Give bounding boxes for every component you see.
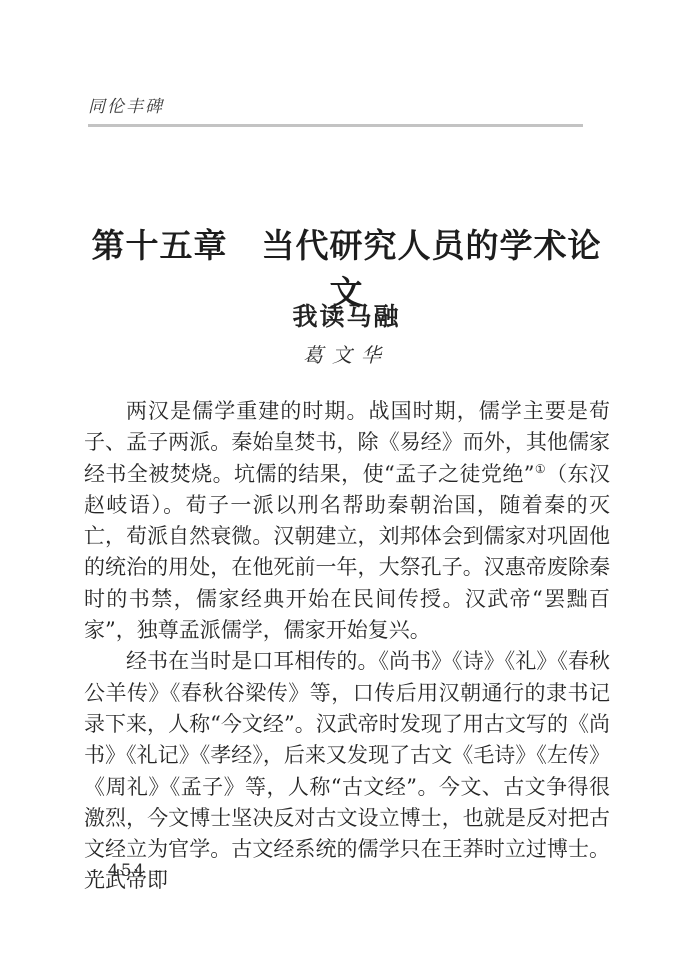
author-name: 葛文华 bbox=[83, 339, 610, 368]
paragraph-1-text: 两汉是儒学重建的时期。战国时期，儒学主要是荀子、孟子两派。秦始皇焚书，除《易经》… bbox=[84, 399, 610, 486]
paragraph-2: 经书在当时是口耳相传的。《尚书》《诗》《礼》《春秋公羊传》《春秋谷梁传》等，口传… bbox=[84, 646, 610, 896]
paragraph-1-continuation: （东汉赵岐语）。荀子一派以刑名帮助秦朝治国，随着秦的灭亡，荀派自然衰微。汉朝建立… bbox=[84, 462, 610, 642]
section-title: 我读马融 bbox=[83, 297, 610, 333]
paragraph-1: 两汉是儒学重建的时期。战国时期，儒学主要是荀子、孟子两派。秦始皇焚书，除《易经》… bbox=[84, 396, 610, 646]
body-text: 两汉是儒学重建的时期。战国时期，儒学主要是荀子、孟子两派。秦始皇焚书，除《易经》… bbox=[84, 396, 610, 897]
page-number: – 454 – bbox=[90, 861, 164, 881]
running-header: 同伦丰碑 bbox=[88, 92, 583, 127]
running-header-text: 同伦丰碑 bbox=[88, 92, 583, 117]
book-page: 同伦丰碑 第十五章 当代研究人员的学术论文 我读马融 葛文华 两汉是儒学重建的时… bbox=[0, 0, 692, 968]
header-rule bbox=[88, 124, 583, 127]
footnote-marker: ① bbox=[535, 462, 547, 476]
